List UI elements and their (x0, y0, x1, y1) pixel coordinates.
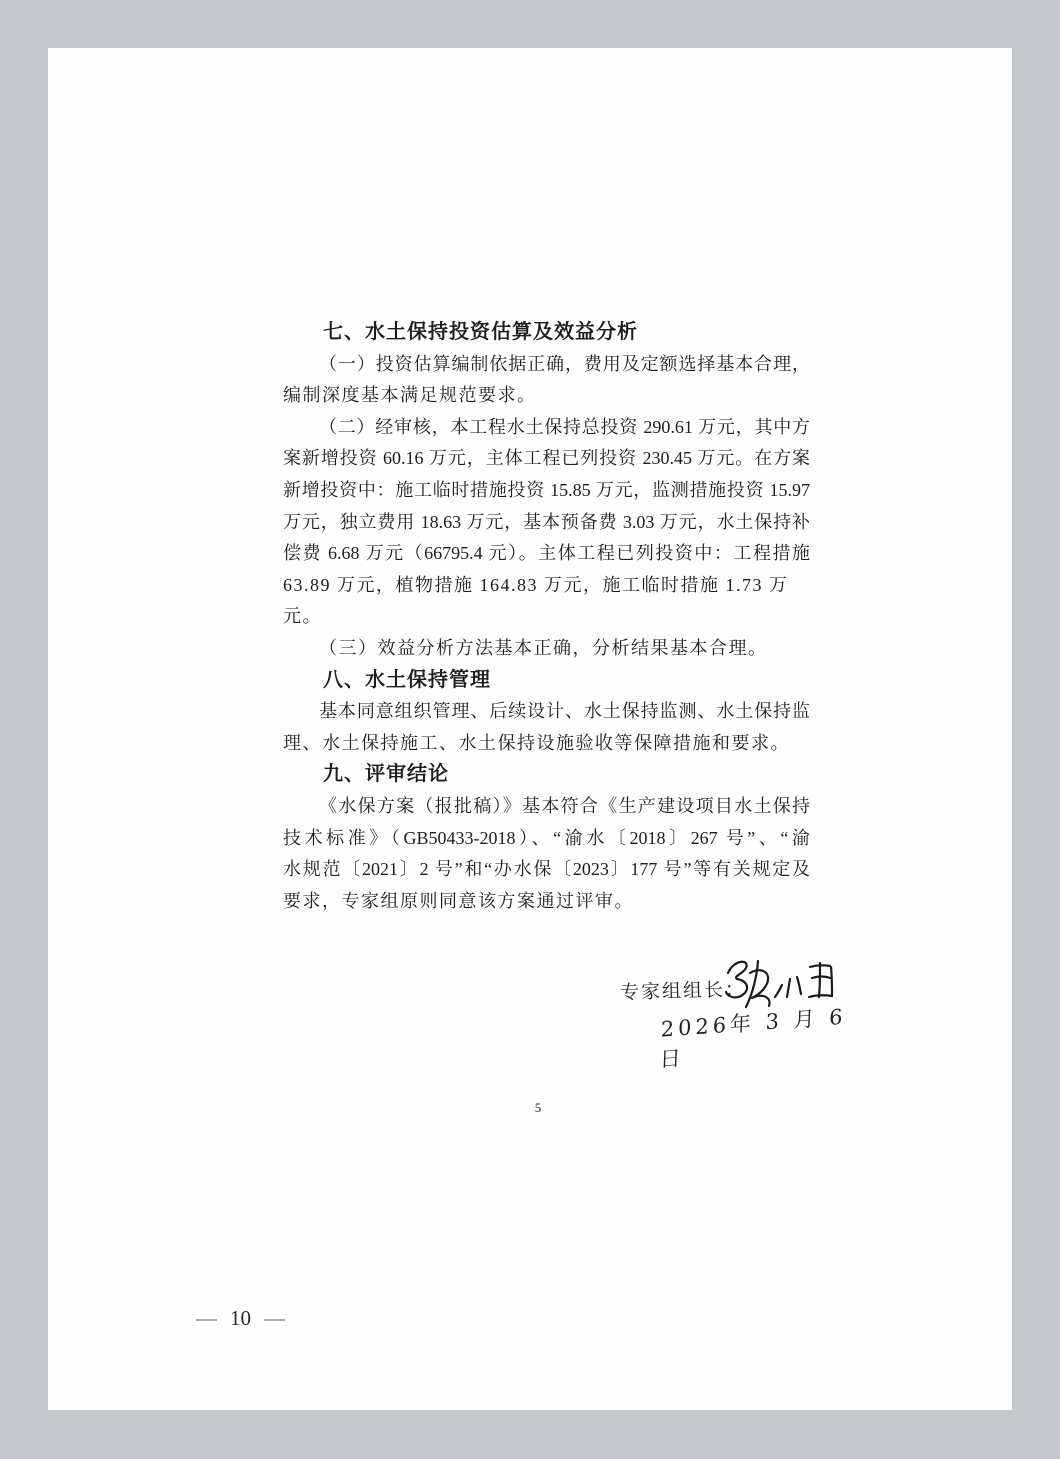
signature-date: 2026年 3 月 6 日 (659, 998, 881, 1074)
section-heading: 八、水土保持管理 (283, 665, 810, 697)
text-line: 理、水土保持施工、水土保持设施验收等保障措施和要求。 (283, 728, 810, 760)
document-paper: 七、水土保持投资估算及效益分析（一）投资估算编制依据正确，费用及定额选择基本合理… (48, 48, 1012, 1410)
section-heading: 七、水土保持投资估算及效益分析 (283, 317, 810, 349)
text-line: 万元，独立费用 18.63 万元，基本预备费 3.03 万元，水土保持补 (283, 507, 810, 539)
text-line: 案新增投资 60.16 万元，主体工程已列投资 230.45 万元。在方案 (283, 443, 810, 475)
text-line: 技术标准》（GB50433-2018）、“渝水〔2018〕267 号”、“渝 (283, 823, 810, 855)
text-line: （二）经审核，本工程水土保持总投资 290.61 万元，其中方 (283, 412, 810, 444)
document-body: 七、水土保持投资估算及效益分析（一）投资估算编制依据正确，费用及定额选择基本合理… (283, 317, 810, 917)
footer-dash-left: — (196, 1306, 217, 1331)
footer-page-number: 10 (230, 1306, 251, 1331)
text-line: 要求，专家组原则同意该方案通过评审。 (283, 886, 810, 918)
scan-page-number: 5 (518, 1100, 558, 1116)
footer-dash-right: — (264, 1306, 285, 1331)
section-heading: 九、评审结论 (283, 759, 810, 791)
text-line: 《水保方案（报批稿）》基本符合《生产建设项目水土保持 (283, 791, 810, 823)
page-footer: — 10 — (196, 1306, 285, 1331)
scanned-document-page: 七、水土保持投资估算及效益分析（一）投资估算编制依据正确，费用及定额选择基本合理… (0, 0, 1060, 1459)
text-line: （三）效益分析方法基本正确，分析结果基本合理。 (283, 633, 810, 665)
text-line: 63.89 万元，植物措施 164.83 万元，施工临时措施 1.73 万元。 (283, 570, 810, 633)
text-line: 水规范〔2021〕2 号”和“办水保〔2023〕177 号”等有关规定及 (283, 854, 810, 886)
text-line: 编制深度基本满足规范要求。 (283, 380, 810, 412)
text-line: 新增投资中：施工临时措施投资 15.85 万元，监测措施投资 15.97 (283, 475, 810, 507)
text-line: 基本同意组织管理、后续设计、水土保持监测、水土保持监 (283, 696, 810, 728)
text-line: 偿费 6.68 万元（66795.4 元）。主体工程已列投资中：工程措施 (283, 538, 810, 570)
text-line: （一）投资估算编制依据正确，费用及定额选择基本合理， (283, 349, 810, 381)
